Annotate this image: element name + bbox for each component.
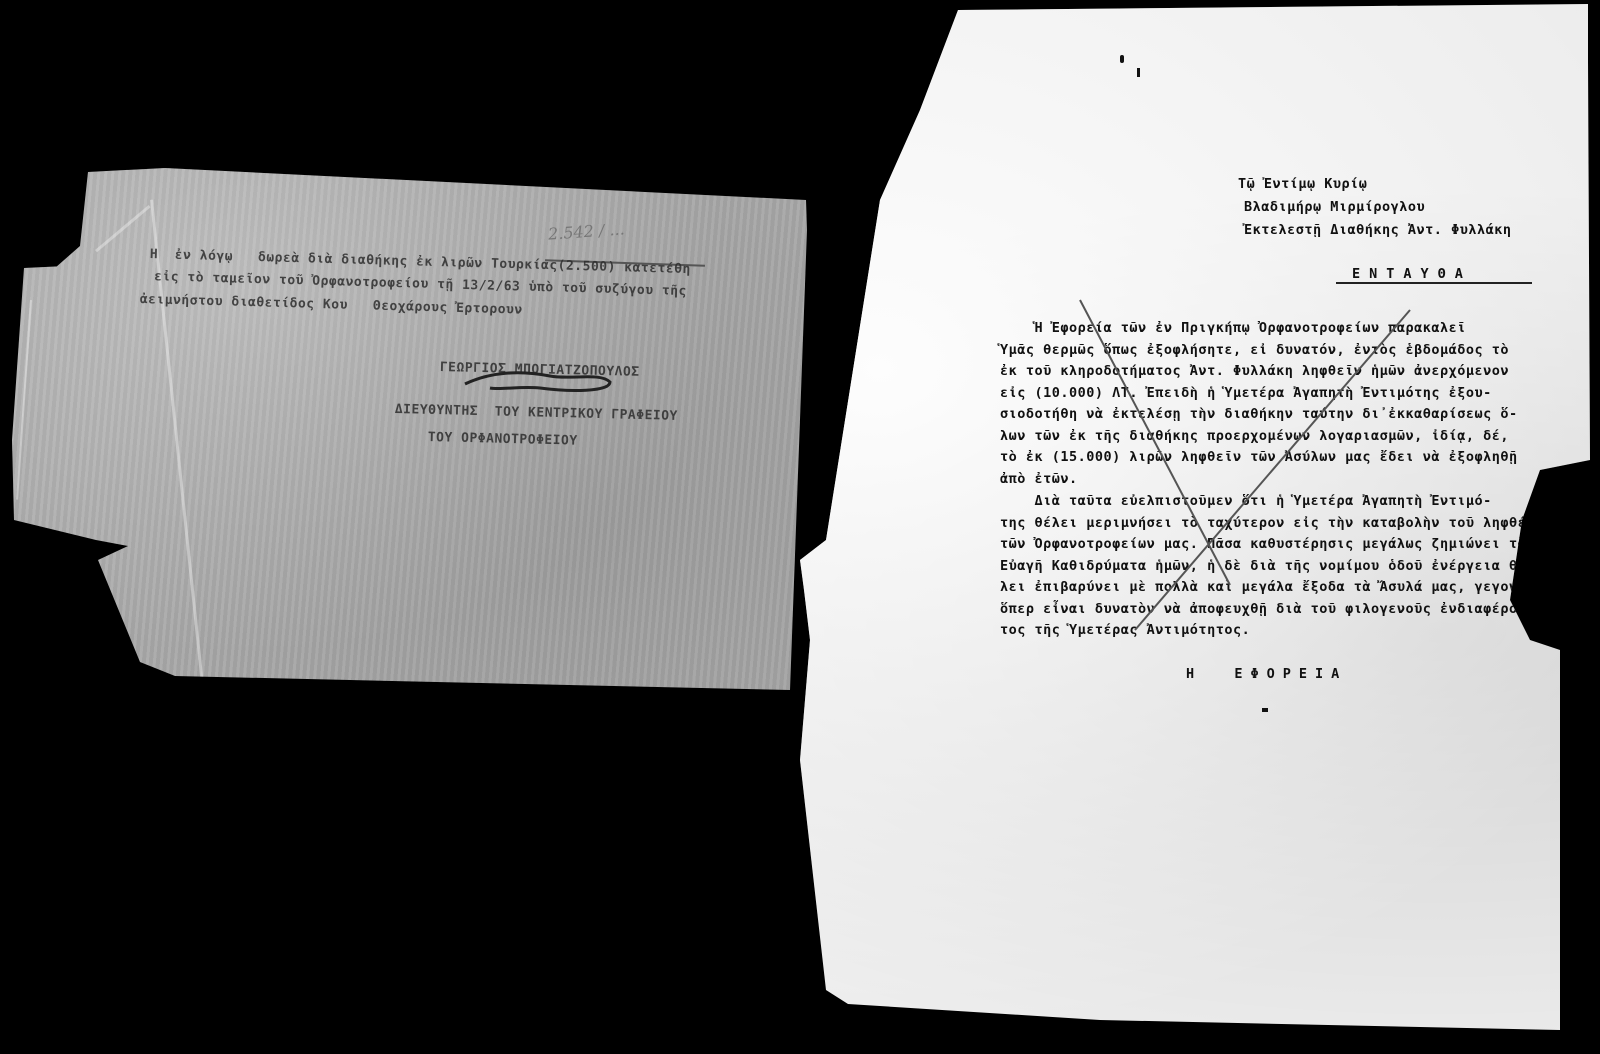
paper-crease (16, 300, 32, 500)
handwritten-reference-number: 2.542 / ... (547, 219, 625, 243)
signatory-title: ΔΙΕΥΘΥΝΤΗΣ ΤΟΥ ΚΕΝΤΡΙΚΟΥ ΓΡΑΦΕΙΟΥ (395, 402, 678, 424)
signature-mark (460, 362, 620, 402)
signatory-organization: ΤΟΥ ΟΡΦΑΝΟΤΡΟΦΕΙΟΥ (428, 430, 578, 449)
left-body-line-3: ἀειμνήστου διαθετίδος Κου Θεοχάρους Ἐρτο… (140, 292, 523, 318)
left-document-paper: 2.542 / ... Η ἐν λόγῳ δωρεὰ διὰ διαθήκης… (0, 0, 820, 720)
paper-crease (95, 205, 151, 252)
